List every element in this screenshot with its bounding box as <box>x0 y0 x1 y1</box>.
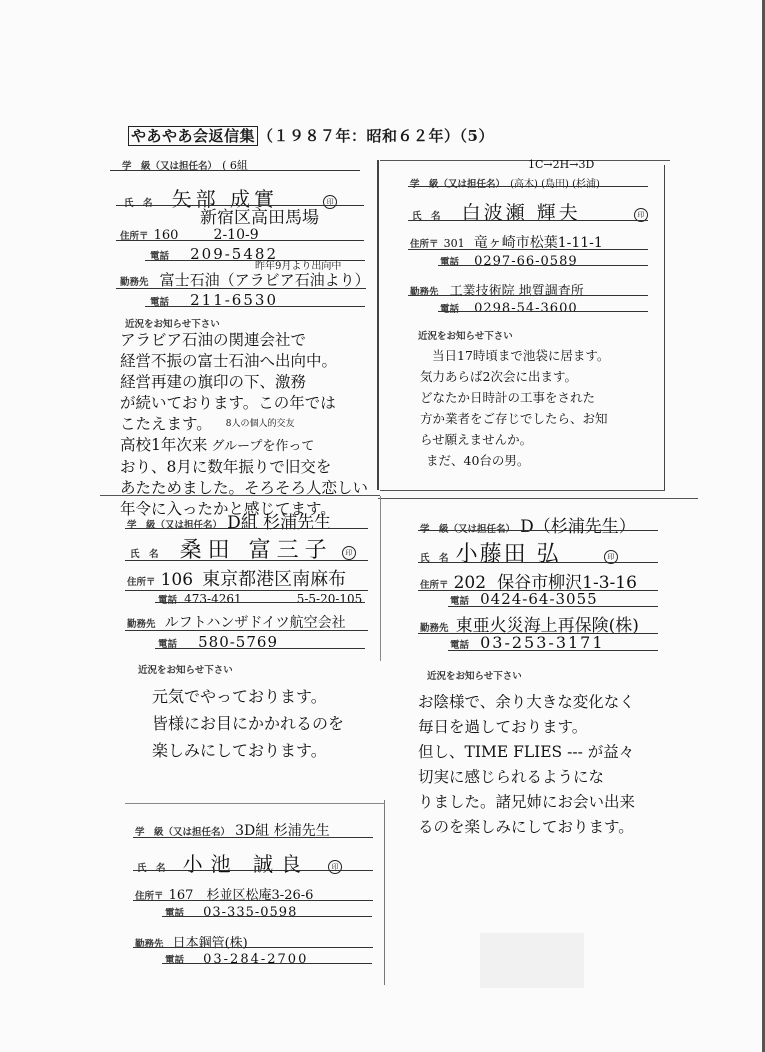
news-label: 近況をお知らせ下さい <box>418 328 513 342</box>
phone-label: 電話 <box>158 592 177 606</box>
news-line: 高校1年次来グループを作って <box>120 435 368 457</box>
address-line2: 5-5-20-105 <box>297 592 363 606</box>
name-row: 氏 名 小藤田 弘 印 <box>420 537 618 568</box>
underline <box>145 306 365 307</box>
work-label: 勤務先 <box>127 616 156 630</box>
work-value: ルフトハンザドイツ航空会社 <box>165 612 346 632</box>
work-phone-label: 電話 <box>440 301 459 315</box>
news-line: お陰様で、余り大きな変化なく <box>418 690 635 715</box>
grade-row: 学 級（又は担任名） D（杉浦先生） <box>420 512 636 537</box>
grade-note: 1C→2H→3D <box>528 158 594 171</box>
news-line: 切実に感じられるようにな <box>418 765 635 790</box>
work-value: 富士石油（アラビア石油より） <box>160 269 370 290</box>
divider-mid-right <box>378 498 698 499</box>
underline <box>408 220 648 221</box>
news-line: 経営再建の旗印の下、激務 <box>120 372 368 393</box>
name-row: 氏 名 小池 誠良 印 <box>137 848 342 877</box>
news-line: 元気でやっております。 <box>152 683 344 710</box>
news-body: お陰様で、余り大きな変化なく 毎日を過しております。 但し、TIME FLIES… <box>418 690 635 840</box>
news-line: どなたか日時計の工事をされた <box>420 387 609 408</box>
divider-center-bottom <box>384 800 385 985</box>
divider-top-right-top <box>380 160 670 161</box>
news-line: 経営不振の富士石油へ出向中。 <box>120 351 368 372</box>
news-line: まだ、40台の男。 <box>420 450 609 471</box>
phone-row: 電話 03-335-0598 <box>165 901 297 920</box>
news-line: 楽しみにしております。 <box>152 737 344 764</box>
grade-value: (高木) (島田) (杉浦) <box>510 175 600 190</box>
news-annotation: 8人の個人的交友 <box>226 419 295 429</box>
underline <box>162 963 372 964</box>
address-label: 住所〒 <box>127 574 156 588</box>
news-line: らせ願えませんか。 <box>420 429 609 450</box>
news-fragment: グループを作って <box>211 439 314 454</box>
news-line: りました。諸兄姉にお会い出来 <box>418 790 635 815</box>
underline <box>125 528 368 529</box>
underline <box>155 602 365 603</box>
grade-row: 学 級（又は担任名） D組 杉浦先生 <box>127 508 331 533</box>
address-label: 住所〒 <box>420 577 449 591</box>
news-body: 元気でやっております。 皆様にお目にかかれるのを 楽しみにしております。 <box>152 683 344 764</box>
work-phone-row: 電話 0298-54-3600 <box>440 297 578 316</box>
news-line: るのを楽しみにしております。 <box>418 815 635 840</box>
divider-right-top <box>664 165 665 490</box>
news-label: 近況をお知らせ下さい <box>427 668 522 682</box>
underline <box>116 240 364 241</box>
news-line: 皆様にお目にかかれるのを <box>152 710 344 737</box>
news-line: 毎日を過しております。 <box>418 715 635 740</box>
underline <box>418 562 658 563</box>
work-phone-value: 03-284-2700 <box>203 952 308 967</box>
scan-smudge <box>480 933 584 988</box>
phone-row: 電話 473-4261 5-5-20-105 <box>158 588 362 607</box>
title-rest: （１９８７年：昭和６２年）（5） <box>258 127 494 145</box>
work-phone-value: 0298-54-3600 <box>474 301 578 316</box>
name-value: 小藤田 弘 <box>456 537 561 568</box>
news-body: 当日17時頃まで池袋に居ます。 気力あらば2次会に出ます。 どなたか日時計の工事… <box>420 345 609 471</box>
news-line: 方か業者をご存じでしたら、お知 <box>420 408 609 429</box>
news-body: アラビア石油の関連会社で 経営不振の富士石油へ出向中。 経営再建の旗印の下、激務… <box>120 330 368 520</box>
name-label: 氏 名 <box>130 546 159 560</box>
work-phone-label: 電話 <box>450 637 469 651</box>
name-label: 氏 名 <box>124 195 153 209</box>
underline <box>438 311 648 312</box>
news-line: こたえます。8人の個人的交友 <box>120 414 368 435</box>
news-line: 但し、TIME FLIES --- が益々 <box>418 740 635 765</box>
divider-center-mid <box>380 496 381 661</box>
seal-icon: 印 <box>323 195 337 209</box>
underline <box>418 530 658 531</box>
underline <box>125 630 368 631</box>
news-label: 近況をお知らせ下さい <box>138 662 233 676</box>
divider-bottom-left <box>125 803 385 804</box>
grade-label: 学 級（又は担任名） <box>135 824 230 838</box>
news-label: 近況をお知らせ下さい <box>125 316 220 330</box>
divider-top-right-bottom <box>380 490 665 491</box>
underline <box>408 186 648 187</box>
address-label: 住所〒 <box>410 236 439 250</box>
underline <box>448 606 658 607</box>
grade-row: 学 級（又は担任名） (高木) (島田) (杉浦) <box>410 172 600 191</box>
phone-value: 03-335-0598 <box>203 905 297 920</box>
grade-label: 学 級（又は担任名） <box>410 176 505 190</box>
seal-icon: 印 <box>342 546 356 560</box>
title-boxed: やあやあ会返信集 <box>128 126 258 146</box>
news-line: 気力あらば2次会に出ます。 <box>420 366 609 387</box>
postal-code: 106 <box>161 570 193 590</box>
news-fragment: こたえます。 <box>120 415 212 433</box>
work-label: 勤務先 <box>420 620 449 634</box>
name-label: 氏 名 <box>137 860 166 874</box>
underline <box>408 295 648 296</box>
work-phone-row: 電話 03-284-2700 <box>165 948 308 967</box>
news-line: 当日17時頃まで池袋に居ます。 <box>420 345 609 366</box>
underline <box>438 265 648 266</box>
grade-value: D（杉浦先生） <box>520 512 636 537</box>
underline <box>448 650 658 651</box>
news-line: が続いております。この年では <box>120 393 368 414</box>
grade-label: 学 級（又は担任名） <box>420 521 515 535</box>
grade-value: D組 杉浦先生 <box>227 508 331 533</box>
underline <box>125 560 368 561</box>
name-value: 小池 誠良 <box>183 848 309 877</box>
underline <box>133 837 373 838</box>
news-line: アラビア石油の関連会社で <box>120 330 368 351</box>
work-label: 勤務先 <box>120 274 149 288</box>
underline <box>110 170 360 171</box>
underline <box>162 916 372 917</box>
divider-center-top <box>377 160 379 490</box>
work-row: 勤務先 富士石油（アラビア石油より） <box>120 269 370 290</box>
seal-icon: 印 <box>328 860 342 874</box>
news-line: あたためました。そろそろ人恋しい <box>120 478 368 499</box>
phone-row: 電話 0297-66-0589 <box>440 250 578 269</box>
underline <box>155 648 365 649</box>
phone-label: 電話 <box>450 593 469 607</box>
work-row: 勤務先 ルフトハンザドイツ航空会社 <box>127 612 346 632</box>
phone-value: 0297-66-0589 <box>474 254 578 269</box>
news-fragment: 高校1年次来 <box>120 436 207 454</box>
phone-value: 473-4261 <box>184 592 242 606</box>
page-title: やあやあ会返信集（１９８７年：昭和６２年）（5） <box>128 125 494 146</box>
underline <box>116 288 366 289</box>
underline <box>133 870 373 871</box>
news-line: おり、8月に数年振りで旧交を <box>120 457 368 478</box>
